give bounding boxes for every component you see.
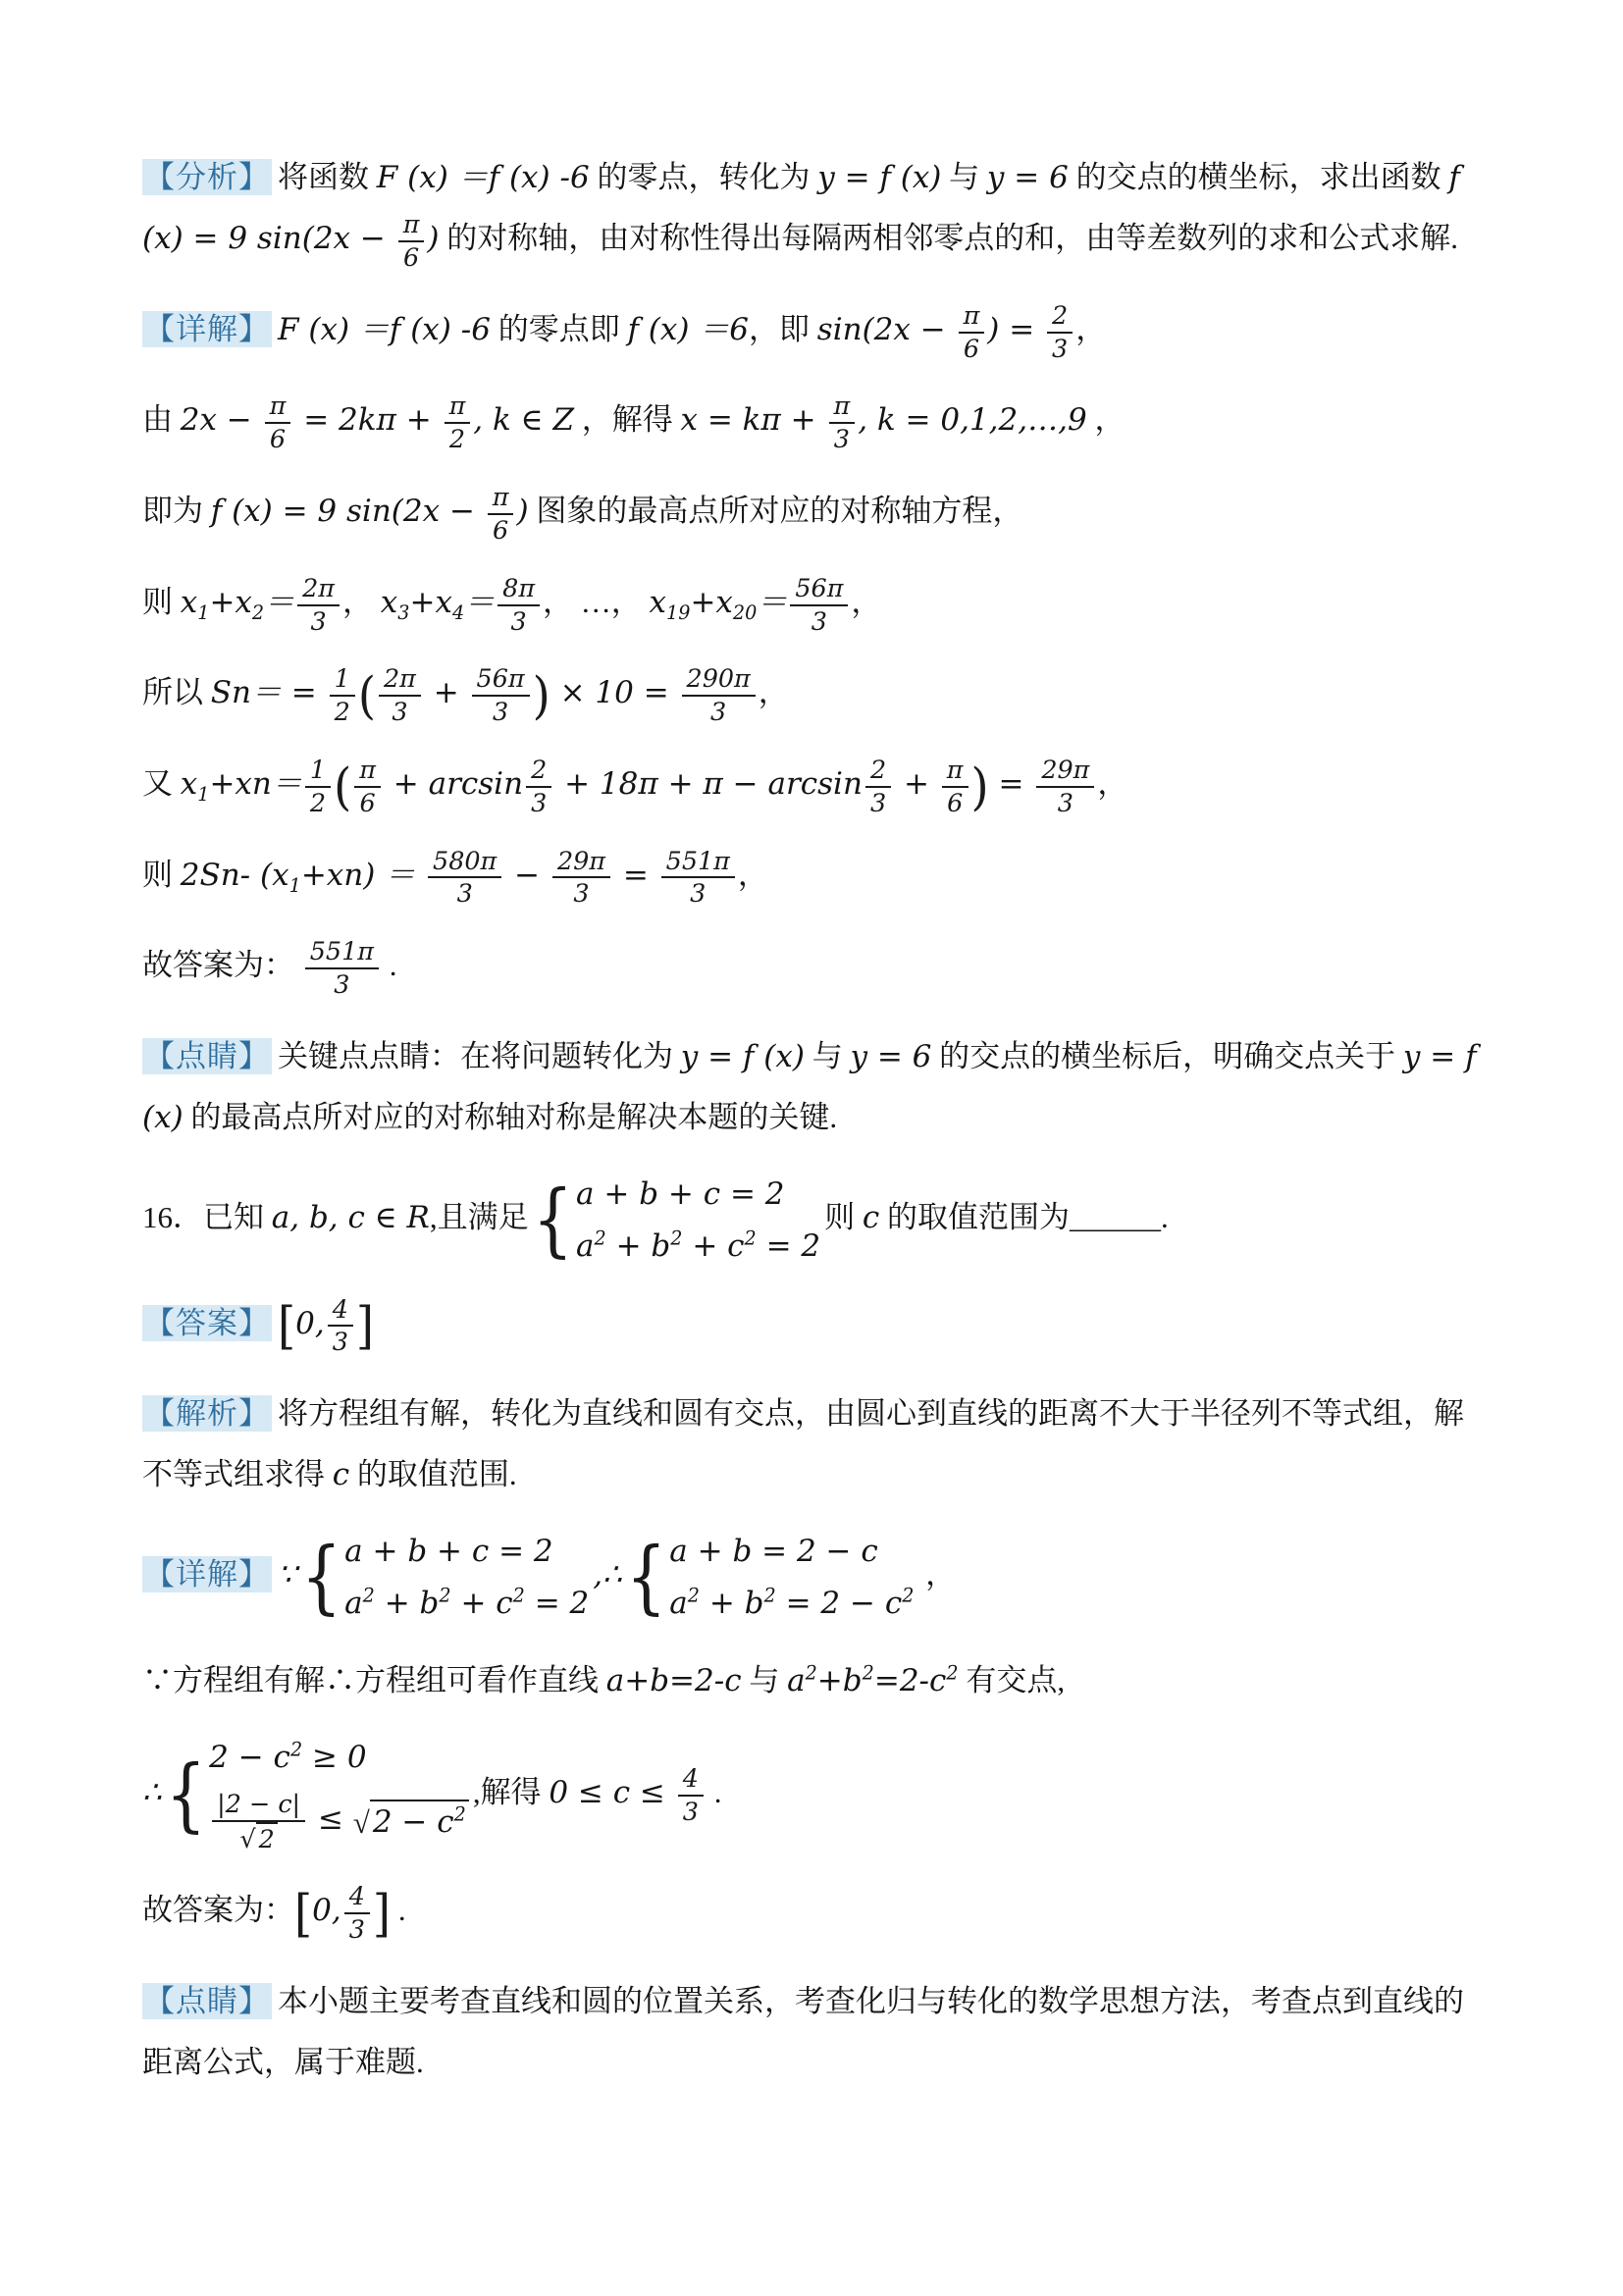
equation-system: {a + b + c = 2a2 + b2 + c2 = 2 [301,1531,590,1625]
numerator: |2 − c| [212,1789,305,1822]
text-run: 故答案为： [142,1893,294,1927]
fraction: 23 [1047,300,1073,365]
math-run: a [344,1586,362,1621]
text-run: . [391,1893,406,1927]
paragraph-runs: 又 x1+xn＝12(π6 + arcsin23 + 18π + π − arc… [142,766,1127,801]
numerator: π [942,755,969,788]
system-row: a + b + c = 2 [576,1174,820,1216]
numerator: 4 [328,1294,353,1328]
paragraph-detail-16-line2: ∵方程组有解∴方程组可看作直线 a+b=2-c 与 a2+b2=2-c2 有交点… [142,1650,1489,1711]
text-run: 的零点，转化为 [590,160,818,194]
paragraph-answer-statement-16: 故答案为：[0,43] . [142,1880,1489,1946]
math-run: f (x) ＝6 [627,312,749,347]
paragraph-runs: 16．已知 a, b, c ∈ R,且满足{a + b + c = 2a2 + … [142,1200,1169,1234]
fraction: 580π3 [428,846,501,911]
math-run: a + b + c = 2 [576,1176,784,1212]
brace: { [301,1524,341,1632]
denominator: 3 [678,1797,704,1828]
math-run: +x [209,585,251,620]
system-row: |2 − c|√2 ≤ √2 − c2 [209,1789,469,1855]
fraction: π6 [354,755,381,819]
numerator: 551π [661,846,735,879]
paragraph-runs: ∵方程组有解∴方程组可看作直线 a+b=2-c 与 a2+b2=2-c2 有交点… [142,1663,1065,1697]
math-run: + c [682,1228,744,1264]
math-run: = 2 [757,1228,820,1264]
numerator: 2 [1047,300,1073,334]
fraction: π3 [829,391,856,455]
text-run: 即为 [142,494,211,528]
math-run: + [424,675,469,710]
numerator: 2π [379,663,421,697]
numerator: 29π [1036,755,1094,788]
text-run: 所以 [142,675,211,709]
math-run: |2 − c| [217,1789,300,1820]
paragraph-runs: 故答案为：[0,43] . [142,1893,406,1927]
paragraph-runs: 所以 Sn＝ = 12(2π3 + 56π3) × 10 = 290π3， [142,675,789,709]
numerator: π [445,391,471,424]
text-run: ， [851,585,881,619]
denominator: 6 [959,334,984,365]
paragraph-detail-15-line2: 由 2x − π6 = 2kπ + π2, k ∈ Z ，解得 x = kπ +… [142,390,1489,455]
text-run: ， …， [543,585,650,619]
numerator: 2π [297,573,340,606]
paragraph-detail-15-line3: 即为 f (x) = 9 sin(2x − π6) 图象的最高点所对应的对称轴方… [142,481,1489,547]
text-run: 16．已知 [142,1200,272,1234]
text-run: 与 [742,1663,788,1697]
text-run: 则 [142,858,181,892]
math-run: y = f (x) [681,1039,805,1074]
math-run: ≤ [308,1801,353,1837]
math-run: ) [427,221,439,256]
denominator: 3 [506,606,532,638]
fraction: 56π3 [790,573,848,638]
fraction: 56π3 [472,663,530,728]
math-run: = [613,858,658,893]
numerator: 56π [472,663,530,697]
fraction: π6 [398,209,425,274]
numerator: 29π [552,846,610,879]
denominator: 3 [526,788,551,819]
text-run: ， [738,858,768,892]
denominator: 3 [305,606,331,638]
math-run: y = 6 [987,160,1069,195]
math-run: = 2kπ + [293,402,441,438]
system-rows: 2 − c2 ≥ 0|2 − c|√2 ≤ √2 − c2 [209,1737,469,1854]
math-run: + 18π + π − arcsin [554,766,863,802]
bracket: ) [533,671,550,721]
fraction: 43 [328,1294,353,1359]
paragraph-detail-15-line4: 则 x1+x2＝2π3， x3+x4＝8π3， …， x19+x20＝56π3， [142,572,1489,638]
fraction: 290π3 [682,663,756,728]
numerator: π [488,482,514,515]
section-label-detail: 【详解】 [142,311,272,347]
fraction: π6 [942,755,969,819]
numerator: 56π [790,573,848,606]
fraction: 2π3 [379,663,421,728]
math-run: + c [451,1586,513,1621]
math-run: 2 − c [209,1740,290,1775]
denominator: 3 [829,424,855,455]
fraction: 551π3 [305,936,379,1001]
math-run: ) = [987,312,1044,347]
text-run: 与 [805,1039,851,1073]
paragraph-keypoint-15: 【点睛】关键点点睛：在将问题转化为 y = f (x) 与 y = 6 的交点的… [142,1026,1489,1148]
math-run: ≥ 0 [302,1740,366,1775]
denominator: 3 [568,878,594,910]
text-run: 将函数 [278,160,377,194]
denominator: 3 [452,878,478,910]
superscript: 2 [363,1585,375,1607]
paragraph-runs: ∵{a + b + c = 2a2 + b2 + c2 = 2,∴{a + b … [278,1557,956,1592]
superscript: 2 [290,1739,302,1761]
section-label-analysis: 【分析】 [142,159,272,195]
numerator: π [354,755,381,788]
text-run: ， [917,1557,956,1592]
paragraph-runs: 将方程组有解，转化为直线和圆有交点，由圆心到直线的距离不大于半径列不等式组，解不… [142,1396,1464,1491]
paragraph-runs: 则 2Sn- (x1+xn) ＝ 580π3 − 29π3 = 551π3， [142,858,768,892]
numerator: 551π [305,936,379,969]
brace: { [166,1742,206,1850]
text-run: ，即 [749,312,817,346]
math-run: ,∴ [593,1557,622,1592]
system-row: a2 + b2 + c2 = 2 [576,1226,820,1268]
superscript: 2 [688,1585,700,1607]
math-run: Sn＝ = [211,675,327,710]
denominator: 3 [344,1914,370,1946]
math-run: +x [409,585,451,620]
text-run: ， [1097,766,1127,801]
math-run: = 2 − c [776,1586,902,1621]
math-run: x [381,585,397,620]
superscript: 2 [513,1585,525,1607]
denominator: 3 [1047,334,1073,365]
superscript: 2 [764,1585,776,1607]
math-run: x = kπ + [680,402,825,438]
radicand: 2 − c2 [370,1800,469,1844]
radical-sign: √ [239,1824,255,1855]
fraction: 12 [330,663,355,728]
system-row: a + b + c = 2 [344,1531,589,1573]
text-run: 由 [142,402,181,437]
superscript: 2 [595,1226,606,1249]
text-run: 有交点, [959,1663,1066,1697]
text-run: ， [1075,312,1106,346]
paragraph-detail-15-line5: 所以 Sn＝ = 12(2π3 + 56π3) × 10 = 290π3， [142,662,1489,728]
text-run: 的取值范围为 [879,1200,1070,1234]
math-run: F (x) ＝f (x) -6 [377,160,590,195]
brace: { [626,1524,666,1632]
brace: { [533,1167,573,1275]
subscript: 1 [197,783,209,806]
math-run: × 10 = [550,675,679,710]
text-run: ∵方程组有解∴方程组可看作直线 [142,1663,606,1697]
superscript: 2 [439,1585,450,1607]
math-run: + b [700,1586,764,1621]
math-run: ＝ [757,585,787,620]
numerator: 1 [305,755,331,788]
text-run: 图象的最高点所对应的对称轴方程， [529,494,1023,528]
text-run: ， [1087,402,1126,437]
denominator: 3 [328,1327,353,1358]
paragraph-detail-15-line6: 又 x1+xn＝12(π6 + arcsin23 + 18π + π − arc… [142,754,1489,819]
square-root: √2 − c2 [353,1800,469,1844]
math-run: x [650,585,666,620]
fraction: π6 [959,300,985,365]
numerator: π [265,391,291,424]
math-run: c [863,1200,879,1235]
fraction: π6 [488,482,514,547]
denominator: 6 [354,788,380,819]
math-run: a+b=2-c [606,1663,742,1698]
paragraph-runs: ∴{2 − c2 ≥ 0|2 − c|√2 ≤ √2 − c2,解得 0 ≤ c… [142,1775,721,1809]
math-run: + [894,766,939,802]
text-run: 故答案为： [142,948,302,982]
subscript: 4 [452,601,464,624]
bracket: ] [373,1889,391,1939]
math-run: ) [516,494,528,529]
math-run: a [669,1586,687,1621]
math-run: + b [606,1228,671,1264]
paragraph-runs: 则 x1+x2＝2π3， x3+x4＝8π3， …， x19+x20＝56π3， [142,585,881,619]
paragraph-detail-15-line1: 【详解】F (x) ＝f (x) -6 的零点即 f (x) ＝6，即 sin(… [142,299,1489,365]
paragraph-runs: 故答案为： 551π3 . [142,948,396,982]
section-label-keypoint: 【点睛】 [142,1983,272,2019]
numerator: π [829,391,856,424]
math-run: a + b = 2 − c [669,1534,877,1569]
math-run: y = f (x) [817,160,941,195]
paragraph-analysis-15: 【分析】将函数 F (x) ＝f (x) -6 的零点，转化为 y = f (x… [142,147,1489,274]
numerator: π [959,300,985,334]
math-run: F (x) ＝f (x) -6 [278,312,491,347]
superscript: 2 [863,1662,874,1685]
superscript: 2 [806,1662,817,1685]
superscript: 2 [670,1226,682,1249]
paragraph-detail-15-line7: 则 2Sn- (x1+xn) ＝ 580π3 − 29π3 = 551π3， [142,845,1489,911]
equation-system: {2 − c2 ≥ 0|2 − c|√2 ≤ √2 − c2 [166,1737,469,1854]
paragraph-runs: 关键点点睛：在将问题转化为 y = f (x) 与 y = 6 的交点的横坐标后… [142,1039,1477,1134]
numerator: π [398,209,425,242]
numerator: 290π [682,663,756,697]
math-run: ∵ [278,1557,297,1592]
numerator: 8π [497,573,540,606]
document-page: 【分析】将函数 F (x) ＝f (x) -6 的零点，转化为 y = f (x… [142,147,1489,2118]
subscript: 20 [733,601,757,624]
denominator: 3 [706,697,731,728]
text-run: 关键点点睛：在将问题转化为 [278,1039,681,1073]
fraction: π6 [265,391,291,455]
denominator: 6 [398,242,424,274]
denominator: 6 [265,424,290,455]
math-run: + arcsin [384,766,523,802]
equation-system: {a + b = 2 − ca2 + b2 = 2 − c2 [626,1531,915,1625]
math-run: +x [690,585,732,620]
text-run: ， [759,675,789,709]
text-run: ， [342,585,381,619]
square-root: √2 [239,1822,277,1855]
text-run: . [707,1775,722,1809]
paragraph-runs: 即为 f (x) = 9 sin(2x − π6) 图象的最高点所对应的对称轴方… [142,494,1022,528]
fraction: 12 [305,755,331,819]
denominator: 2 [330,697,355,728]
denominator: 3 [329,969,354,1001]
bracket: [ [278,1301,295,1351]
fraction: 23 [865,755,891,819]
text-run: ,且满足 [430,1200,529,1234]
fraction: 43 [344,1881,370,1946]
paragraph-runs: 本小题主要考查直线和圆的位置关系，考查化归与转化的数学思想方法，考查点到直线的距… [142,1984,1464,2079]
paragraph-analysis-16: 【解析】将方程组有解，转化为直线和圆有交点，由圆心到直线的距离不大于半径列不等式… [142,1383,1489,1505]
system-rows: a + b + c = 2a2 + b2 + c2 = 2 [576,1174,820,1268]
section-label-detail: 【详解】 [142,1556,272,1592]
math-run: ∴ [142,1775,162,1810]
math-run: 0, [312,1893,341,1928]
text-run: 与 [941,160,987,194]
fraction: π2 [445,391,471,455]
math-run: =2-c [874,1663,947,1698]
superscript: 2 [902,1585,914,1607]
paragraph-answer-16: 【答案】[0,43] [142,1293,1489,1359]
numerator: 2 [526,755,551,788]
section-label-answer: 【答案】 [142,1305,272,1341]
math-run: x [181,766,197,802]
subscript: 19 [666,601,690,624]
fraction: 2π3 [297,573,340,638]
fraction: |2 − c|√2 [212,1789,305,1855]
math-run: + b [375,1586,440,1621]
math-run: ＝ [264,585,294,620]
math-run: 0 ≤ c ≤ [549,1775,674,1810]
math-run: +xn) ＝ [301,858,425,893]
math-run: x [181,585,197,620]
system-rows: a + b + c = 2a2 + b2 + c2 = 2 [344,1531,589,1625]
numerator: 4 [344,1881,370,1914]
math-run: ＝ [464,585,495,620]
text-run: ,解得 [473,1775,550,1809]
text-run: 的交点的横坐标，求出函数 [1069,160,1449,194]
subscript: 1 [289,874,301,897]
paragraph-question-16: 16．已知 a, b, c ∈ R,且满足{a + b + c = 2a2 + … [142,1174,1489,1268]
math-run: a, b, c ∈ R [272,1200,430,1235]
math-run: a [787,1663,805,1698]
text-run: . [382,948,397,982]
math-run: , k = 0,1,2,…,9 [858,402,1086,438]
denominator: 6 [488,515,513,547]
paragraph-runs: 将函数 F (x) ＝f (x) -6 的零点，转化为 y = f (x) 与 … [142,160,1460,255]
radicand: 2 [256,1822,278,1855]
math-run: 2x − [181,402,262,438]
math-run: 2Sn- (x [181,858,289,893]
paragraph-detail-16-line3: ∴{2 − c2 ≥ 0|2 − c|√2 ≤ √2 − c2,解得 0 ≤ c… [142,1737,1489,1854]
denominator: 3 [685,878,710,910]
math-run: = [989,766,1034,802]
equation-system: {a + b + c = 2a2 + b2 + c2 = 2 [533,1174,821,1268]
fraction: 29π3 [1036,755,1094,819]
bracket: [ [294,1889,312,1939]
math-run: f (x) = 9 sin(2x − [211,494,485,529]
math-run: y = 6 [850,1039,931,1074]
text-run: ，解得 [574,402,681,437]
system-row: 2 − c2 ≥ 0 [209,1737,469,1779]
paragraph-detail-16-line1: 【详解】∵{a + b + c = 2a2 + b2 + c2 = 2,∴{a … [142,1531,1489,1625]
text-run: 的取值范围. [349,1457,517,1491]
section-label-keypoint: 【点睛】 [142,1038,272,1074]
denominator: 3 [488,697,513,728]
fraction: 43 [678,1763,704,1828]
math-run: c [333,1457,349,1492]
fraction: 23 [526,755,551,819]
superscript: 2 [946,1662,958,1685]
superscript: 2 [454,1803,466,1826]
superscript: 2 [745,1226,757,1249]
bracket: ( [358,671,376,721]
text-run: 的交点的横坐标后，明确交点关于 [931,1039,1403,1073]
numerator: 580π [428,846,501,879]
denominator: 3 [387,697,412,728]
fraction: 29π3 [552,846,610,911]
text-run: 又 [142,766,181,801]
fraction: 8π3 [497,573,540,638]
paragraph-runs: 由 2x − π6 = 2kπ + π2, k ∈ Z ，解得 x = kπ +… [142,402,1125,437]
fraction: 551π3 [661,846,735,911]
system-rows: a + b = 2 − ca2 + b2 = 2 − c2 [669,1531,914,1625]
system-row: a + b = 2 − c [669,1531,914,1573]
paragraph-keypoint-16: 【点睛】本小题主要考查直线和圆的位置关系，考查化归与转化的数学思想方法，考查点到… [142,1971,1489,2093]
paragraph-runs: [0,43] [278,1306,374,1340]
numerator: 2 [865,755,891,788]
paragraph-answer-statement-15: 故答案为： 551π3 . [142,935,1489,1001]
math-run: sin(2x − [817,312,956,347]
numerator: 4 [678,1763,704,1797]
denominator: 3 [807,606,832,638]
math-run: − [504,858,550,893]
paragraph-runs: F (x) ＝f (x) -6 的零点即 f (x) ＝6，即 sin(2x −… [278,312,1106,346]
math-run: 2 − c [373,1804,454,1840]
denominator: 3 [865,788,891,819]
bracket: ) [971,761,989,811]
denominator: 3 [1053,788,1078,819]
text-run: ______. [1070,1200,1169,1234]
numerator: 1 [330,663,355,697]
radical-sign: √ [353,1802,370,1844]
math-run: a [576,1228,594,1264]
denominator: 2 [445,424,470,455]
denominator: 6 [942,788,968,819]
math-run: +xn＝ [209,766,301,802]
text-run: 的最高点所对应的对称轴对称是解决本题的关键. [183,1100,838,1134]
subscript: 1 [197,601,209,624]
denominator: 2 [305,788,331,819]
system-row: a2 + b2 + c2 = 2 [344,1583,589,1625]
math-run: 0, [295,1306,325,1341]
math-run: , k ∈ Z [473,402,574,438]
denominator: √2 [235,1822,282,1855]
text-run: 则 [824,1200,863,1234]
text-run: 的零点即 [491,312,628,346]
text-run: 的对称轴，由对称性得出每隔两相邻零点的和，由等差数列的求和公式求解. [440,221,1459,255]
bracket: ] [356,1301,374,1351]
text-run: 则 [142,585,181,619]
bracket: ( [334,761,351,811]
math-run: a + b + c = 2 [344,1534,552,1569]
math-run: +b [817,1663,863,1698]
system-row: a2 + b2 = 2 − c2 [669,1583,914,1625]
subscript: 2 [252,601,264,624]
section-label-analysis: 【解析】 [142,1395,272,1432]
text-run: 本小题主要考查直线和圆的位置关系，考查化归与转化的数学思想方法，考查点到直线的距… [142,1984,1464,2079]
math-run: = 2 [525,1586,589,1621]
subscript: 3 [397,601,409,624]
